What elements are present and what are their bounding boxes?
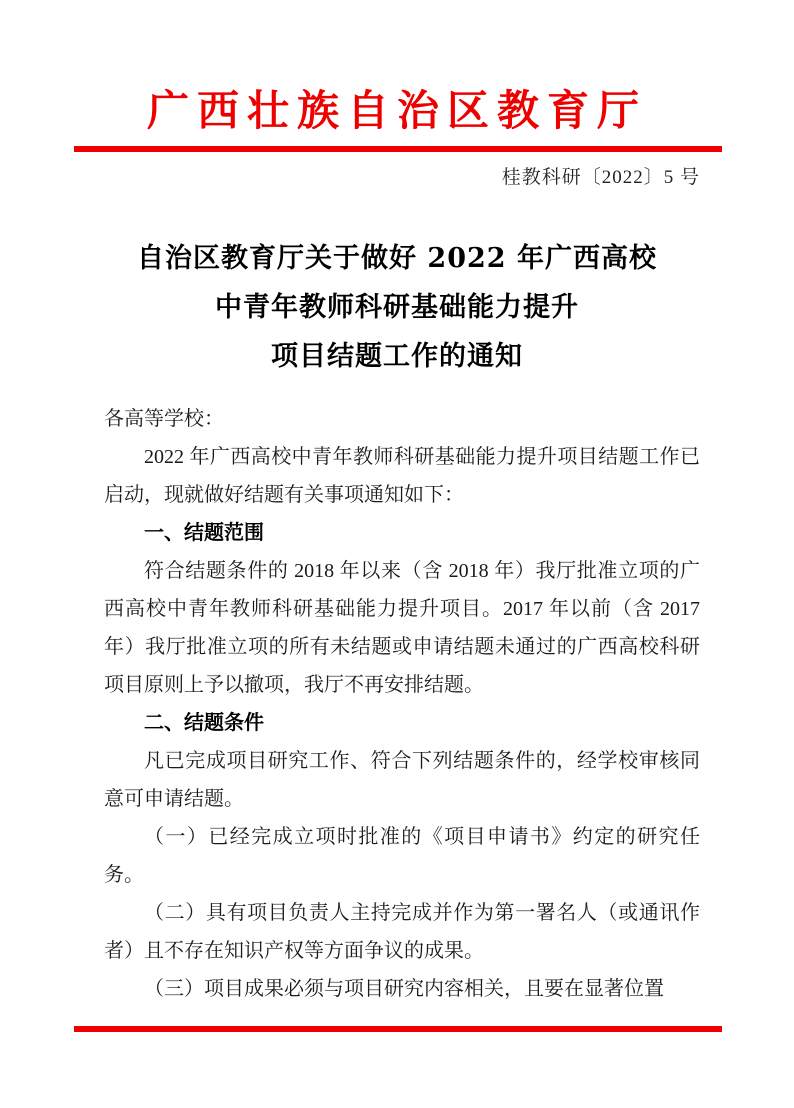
notice-title-line-2: 中青年教师科研基础能力提升 (0, 283, 794, 332)
condition-item-1: （一）已经完成立项时批准的《项目申请书》约定的研究任务。 (104, 818, 700, 894)
doc-number: 桂教科研〔2022〕5 号 (502, 165, 700, 191)
document-body: 各高等学校： 2022 年广西高校中青年教师科研基础能力提升项目结题工作已启动，… (104, 400, 700, 1008)
footer-divider (74, 1026, 722, 1032)
agency-title: 广西壮族自治区教育厅 (0, 88, 794, 134)
notice-title-line-1: 自治区教育厅关于做好 2022 年广西高校 (0, 234, 794, 283)
section-heading-scope: 一、结题范围 (104, 514, 700, 552)
salutation: 各高等学校： (104, 400, 700, 438)
condition-item-2: （二）具有项目负责人主持完成并作为第一署名人（或通讯作者）且不存在知识产权等方面… (104, 894, 700, 970)
scope-paragraph: 符合结题条件的 2018 年以来（含 2018 年）我厅批准立项的广西高校中青年… (104, 552, 700, 704)
notice-title-line-3: 项目结题工作的通知 (0, 332, 794, 381)
conditions-intro-paragraph: 凡已完成项目研究工作、符合下列结题条件的，经学校审核同意可申请结题。 (104, 742, 700, 818)
header-divider (74, 146, 722, 152)
notice-title: 自治区教育厅关于做好 2022 年广西高校 中青年教师科研基础能力提升 项目结题… (0, 234, 794, 381)
intro-paragraph: 2022 年广西高校中青年教师科研基础能力提升项目结题工作已启动，现就做好结题有… (104, 438, 700, 514)
section-heading-conditions: 二、结题条件 (104, 704, 700, 742)
document-page: 广西壮族自治区教育厅 桂教科研〔2022〕5 号 自治区教育厅关于做好 2022… (0, 0, 794, 1108)
condition-item-3: （三）项目成果必须与项目研究内容相关，且要在显著位置 (104, 970, 700, 1008)
